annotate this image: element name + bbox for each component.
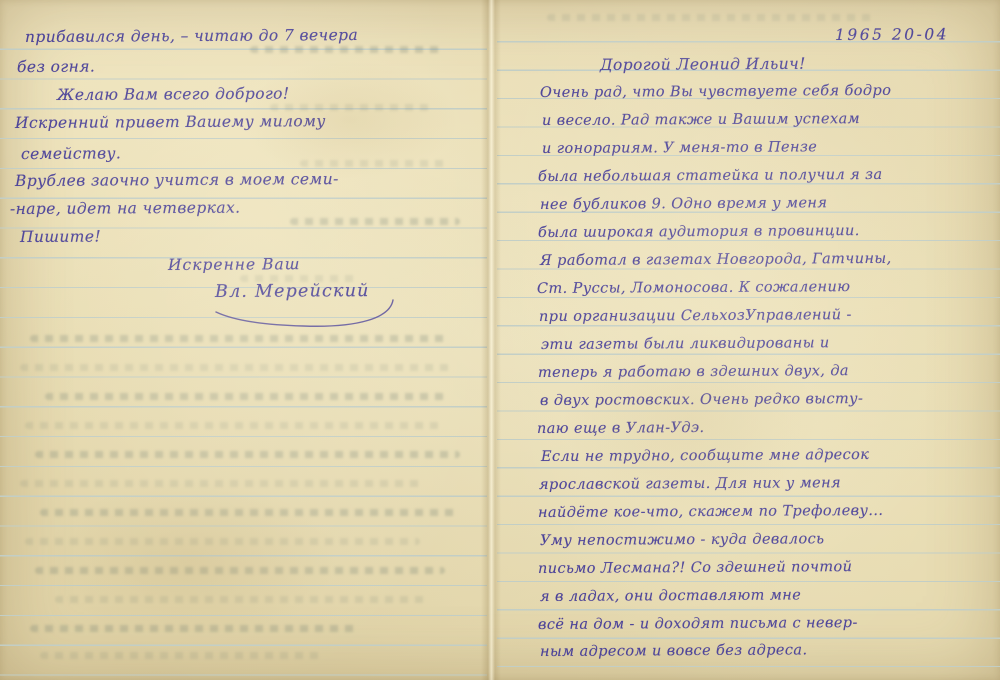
letter-line: я в ладах, они доставляют мне	[540, 587, 801, 605]
letter-line: паю еще в Улан-Удэ.	[537, 420, 705, 437]
closing-line: Искренне Ваш	[168, 255, 300, 274]
signature: Вл. Мерейский	[215, 281, 370, 302]
show-through-mark	[270, 104, 430, 111]
letter-line: ным адресом и вовсе без адреса.	[540, 642, 808, 660]
letter-line: Очень рад, что Вы чувствуете себя бодро	[540, 83, 891, 101]
letter-line: ярославской газеты. Для них у меня	[539, 475, 841, 493]
show-through-mark	[300, 160, 450, 167]
letter-line: и гонорариям. У меня-то в Пензе	[542, 139, 817, 157]
show-through-mark	[547, 14, 877, 21]
letter-line: всё на дом - и доходят письма с невер-	[538, 615, 858, 633]
show-through-mark	[45, 393, 445, 400]
letter-line: Врублев заочно учится в моем семи-	[15, 170, 339, 190]
letter-line: была небольшая статейка и получил я за	[538, 167, 883, 185]
show-through-mark	[20, 480, 425, 487]
show-through-mark	[290, 218, 460, 225]
show-through-mark	[30, 335, 450, 342]
letter-line: -наре, идет на четверках.	[10, 199, 241, 218]
letter-page-left: прибавился день, – читаю до 7 вечера без…	[0, 0, 487, 680]
letter-line: и весело. Рад также и Вашим успехам	[542, 111, 860, 129]
letter-line: прибавился день, – читаю до 7 вечера	[25, 26, 358, 46]
letter-line: найдёте кое-что, скажем по Трефолеву...	[538, 503, 883, 521]
letter-line: нее бубликов 9. Одно время у меня	[540, 195, 827, 213]
letter-line: семейству.	[21, 144, 121, 163]
letter-line: Уму непостижимо - куда девалось	[540, 531, 824, 549]
show-through-mark	[20, 364, 450, 371]
show-through-mark	[55, 596, 425, 603]
letter-line: Если не трудно, сообщите мне адресок	[541, 447, 869, 465]
letter-line: при организации СельхозУправлений -	[539, 307, 852, 325]
letter-line: Пишите!	[20, 228, 101, 246]
show-through-mark	[30, 625, 360, 632]
show-through-mark	[40, 652, 320, 659]
letter-line: в двух ростовских. Очень редко высту-	[540, 391, 863, 409]
letter-line: теперь я работаю в здешних двух, да	[538, 363, 849, 381]
show-through-mark	[35, 567, 445, 574]
show-through-mark	[35, 451, 460, 458]
letter-line: эти газеты были ликвидированы и	[541, 335, 830, 353]
salutation-line: Дорогой Леонид Ильич!	[600, 55, 806, 74]
show-through-mark	[40, 509, 460, 516]
letter-page-right: 1965 20-04 Дорогой Леонид Ильич! Очень р…	[497, 0, 1000, 680]
letter-line: Ст. Руссы, Ломоносова. К сожалению	[537, 279, 850, 297]
letter-line: Я работал в газетах Новгорода, Гатчины,	[540, 251, 892, 269]
letter-line: Желаю Вам всего доброго!	[57, 85, 290, 104]
letter-line: была широкая аудитория в провинции.	[538, 223, 860, 241]
show-through-mark	[25, 422, 440, 429]
letter-line: письмо Лесмана?! Со здешней почтой	[538, 559, 852, 577]
show-through-mark	[25, 538, 420, 545]
letter-scan: прибавился день, – читаю до 7 вечера без…	[0, 0, 1000, 680]
date-line: 1965 20-04	[835, 25, 949, 44]
letter-line: Искренний привет Вашему милому	[15, 112, 326, 132]
fold-crease	[481, 0, 501, 680]
show-through-mark	[250, 46, 440, 53]
letter-line: без огня.	[17, 58, 95, 76]
